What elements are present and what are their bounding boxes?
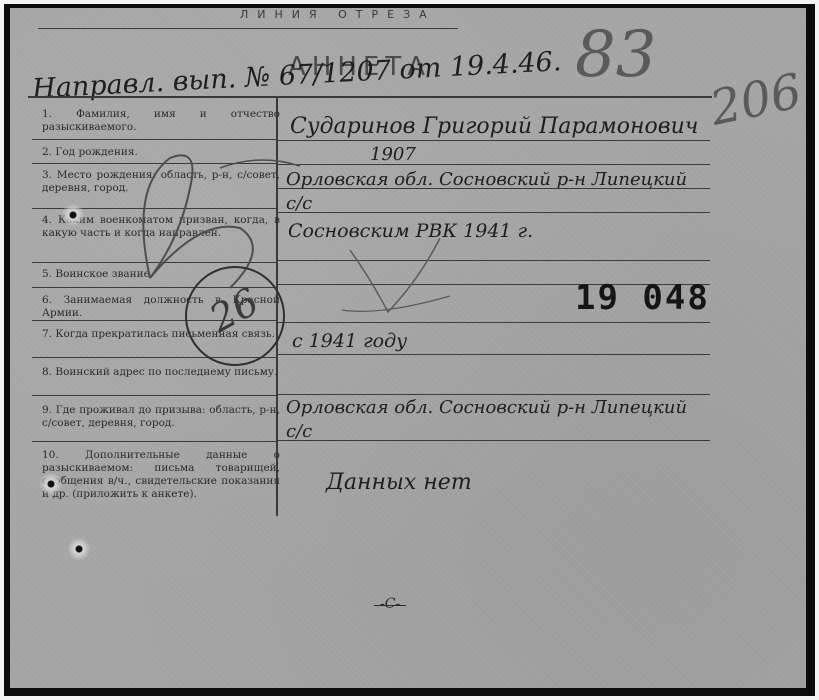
pencil-checkmark xyxy=(340,238,480,318)
pencil-number-top: 83 xyxy=(575,18,656,92)
answer-rule xyxy=(278,322,710,323)
answer-rule xyxy=(278,354,710,355)
pencil-number-right: 206 xyxy=(705,63,806,137)
field-8-label: 8. Воинский адрес по последнему письму. xyxy=(42,366,280,379)
answer-rule xyxy=(278,140,710,141)
row-divider xyxy=(32,395,276,396)
field-7-value: с 1941 году xyxy=(292,330,407,352)
paper-hole xyxy=(68,538,90,560)
row-divider xyxy=(32,441,276,442)
field-9-label: 9. Где проживал до призыва: область, р-н… xyxy=(42,404,280,430)
field-2-value: 1907 xyxy=(370,144,416,165)
row-divider xyxy=(32,139,276,140)
paper-hole xyxy=(40,473,62,495)
field-1-value: Сударинов Григорий Парамонович xyxy=(290,114,698,139)
answer-rule xyxy=(278,164,710,165)
answer-rule xyxy=(278,394,710,395)
header-rule xyxy=(28,96,712,98)
cut-line-label: ЛИНИЯ ОТРЕЗА xyxy=(240,8,436,21)
field-3-value: Орловская обл. Сосновский р-н Липецкий с… xyxy=(286,168,706,216)
stamped-number: 19 048 xyxy=(575,278,710,318)
questionnaire-sheet: ЛИНИЯ ОТРЕЗА АННЕТА Направл. вып. № 67/1… xyxy=(10,8,806,688)
paper-hole xyxy=(62,204,84,226)
field-10-label: 10. Дополнительные данные о разыскиваемо… xyxy=(42,449,280,501)
field-1-label: 1. Фамилия, имя и отчество разыскиваемог… xyxy=(42,108,280,134)
bottom-mark: -С- xyxy=(380,596,400,612)
cut-line xyxy=(38,28,458,29)
field-10-value: Данных нет xyxy=(326,470,472,495)
field-9-value: Орловская обл. Сосновский р-н Липецкий с… xyxy=(286,396,706,444)
